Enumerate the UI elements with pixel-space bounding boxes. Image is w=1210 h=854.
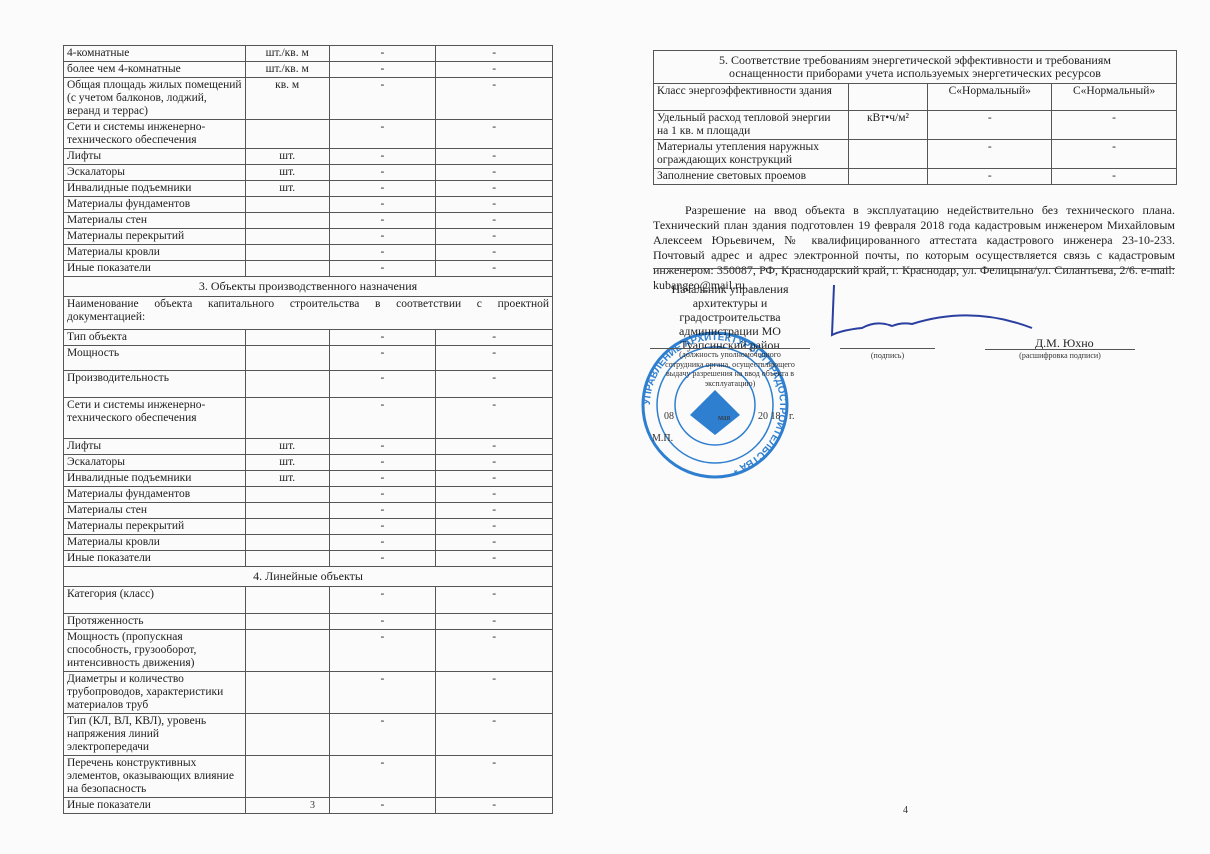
cell-v2: - [436, 455, 553, 471]
table-row: Лифтышт.-- [64, 149, 553, 165]
table-row: Иные показатели-- [64, 798, 553, 814]
cell-unit [245, 714, 329, 756]
cell-unit: кв. м [245, 78, 329, 120]
table-row: Эскалаторышт.-- [64, 165, 553, 181]
table-row: более чем 4-комнатныешт./кв. м-- [64, 62, 553, 78]
cell-v2: - [436, 213, 553, 229]
table-row: Материалы перекрытий-- [64, 229, 553, 245]
section-4-title: 4. Линейные объекты [64, 567, 553, 587]
table-row: Материалы кровли-- [64, 535, 553, 551]
cell-unit [245, 330, 329, 346]
cell-unit [245, 197, 329, 213]
cell-v2: - [436, 120, 553, 149]
cell-name: Тип объекта [64, 330, 246, 346]
cell-v2: - [436, 78, 553, 120]
cell-v1: - [329, 213, 436, 229]
energy-efficiency-table: 5. Соответствие требованиям энергетическ… [653, 50, 1177, 185]
cell-unit: шт. [245, 181, 329, 197]
cell-v2: - [436, 346, 553, 371]
cell-v2: - [436, 181, 553, 197]
cell-v1: - [928, 111, 1052, 140]
cell-unit [245, 630, 329, 672]
cell-name: Материалы стен [64, 213, 246, 229]
table-row: Сети и системы инженерно-технического об… [64, 120, 553, 149]
cell-name: Общая площадь жилых помещений (с учетом … [64, 78, 246, 120]
cell-v1: - [329, 714, 436, 756]
cell-v1: - [329, 756, 436, 798]
cell-unit [245, 213, 329, 229]
cell-name: Мощность [64, 346, 246, 371]
table-row: Протяженность-- [64, 614, 553, 630]
table-row: Сети и системы инженерно-технического об… [64, 398, 553, 439]
cell-name: Иные показатели [64, 551, 246, 567]
table-row: Общая площадь жилых помещений (с учетом … [64, 78, 553, 120]
cell-v2: - [436, 439, 553, 455]
cell-v1: - [329, 245, 436, 261]
cell-unit [245, 672, 329, 714]
cell-name: Диаметры и количество трубопроводов, хар… [64, 672, 246, 714]
cell-v1: - [329, 229, 436, 245]
cell-unit [245, 346, 329, 371]
cell-v1: - [329, 46, 436, 62]
cell-unit [245, 614, 329, 630]
cell-name: Иные показатели [64, 798, 246, 814]
table-row: Материалы стен-- [64, 213, 553, 229]
cell-name: Материалы фундаментов [64, 197, 246, 213]
cell-v1: - [329, 587, 436, 614]
signature-caption: (подпись) [840, 351, 935, 361]
section-5-title: 5. Соответствие требованиям энергетическ… [654, 51, 1177, 84]
table-row: Лифтышт.-- [64, 439, 553, 455]
cell-v1: - [329, 614, 436, 630]
date-suffix: г. [789, 412, 794, 422]
cell-v1: - [329, 62, 436, 78]
cell-v1: - [329, 149, 436, 165]
section-3-name-label: Наименование объекта капитального строит… [64, 297, 553, 330]
page-3: 4-комнатныешт./кв. м--более чем 4-комнат… [0, 0, 605, 854]
cell-v1: - [329, 197, 436, 213]
cell-name: Инвалидные подъемники [64, 471, 246, 487]
cell-unit [245, 535, 329, 551]
cell-name: Лифты [64, 439, 246, 455]
cell-v2: - [1052, 111, 1177, 140]
date-day: 08 [664, 412, 674, 422]
cell-unit [245, 756, 329, 798]
cell-unit [245, 503, 329, 519]
table-row: Материалы утепления наружных ограждающих… [654, 140, 1177, 169]
page-number: 4 [903, 805, 908, 816]
table-row: Эскалаторышт.-- [64, 455, 553, 471]
cell-unit: шт./кв. м [245, 46, 329, 62]
cell-name: Сети и системы инженерно-технического об… [64, 398, 246, 439]
cell-v2: - [436, 245, 553, 261]
table-row: Материалы кровли-- [64, 245, 553, 261]
cell-v2: - [436, 519, 553, 535]
cell-v2: - [436, 714, 553, 756]
cell-v1: - [329, 487, 436, 503]
cell-v2: - [436, 756, 553, 798]
cell-v2: С«Нормальный» [1052, 84, 1177, 111]
cell-name: Иные показатели [64, 261, 246, 277]
page-number: 3 [310, 800, 315, 811]
cell-name: Материалы утепления наружных ограждающих… [654, 140, 849, 169]
cell-v2: - [436, 62, 553, 78]
cell-v2: - [1052, 169, 1177, 185]
cell-v1: - [329, 519, 436, 535]
cell-v1: - [329, 261, 436, 277]
table-row: 4-комнатныешт./кв. м-- [64, 46, 553, 62]
cell-unit [245, 120, 329, 149]
characteristics-table: 4-комнатныешт./кв. м--более чем 4-комнат… [63, 45, 553, 814]
table-row: Материалы стен-- [64, 503, 553, 519]
cell-name: Инвалидные подъемники [64, 181, 246, 197]
cell-unit [848, 169, 928, 185]
cell-v2: - [436, 503, 553, 519]
table-row: Инвалидные подъемникишт.-- [64, 471, 553, 487]
signature-icon [822, 280, 1042, 350]
table-row: Класс энергоэффективности зданияС«Нормал… [654, 84, 1177, 111]
cell-name: Мощность (пропускная способность, грузоо… [64, 630, 246, 672]
cell-name: Материалы стен [64, 503, 246, 519]
table-row: Материалы фундаментов-- [64, 197, 553, 213]
table-row: Мощность-- [64, 346, 553, 371]
cell-unit: шт. [245, 165, 329, 181]
table-row: Перечень конструктивных элементов, оказы… [64, 756, 553, 798]
cell-name: Перечень конструктивных элементов, оказы… [64, 756, 246, 798]
table-row: Удельный расход тепловой энергии на 1 кв… [654, 111, 1177, 140]
cell-v1: - [329, 120, 436, 149]
cell-v1: С«Нормальный» [928, 84, 1052, 111]
cell-unit [245, 229, 329, 245]
date-month: мая [718, 413, 730, 423]
cell-v2: - [436, 487, 553, 503]
cell-v1: - [329, 330, 436, 346]
cell-v1: - [329, 165, 436, 181]
cell-v1: - [329, 535, 436, 551]
cell-unit [848, 140, 928, 169]
cell-v2: - [436, 798, 553, 814]
cell-unit [245, 261, 329, 277]
position-line [650, 348, 810, 349]
cell-v2: - [436, 587, 553, 614]
cell-unit [245, 371, 329, 398]
table-row: Диаметры и количество трубопроводов, хар… [64, 672, 553, 714]
cell-unit: шт. [245, 149, 329, 165]
cell-unit: шт./кв. м [245, 62, 329, 78]
cell-unit: шт. [245, 439, 329, 455]
cell-unit [245, 487, 329, 503]
cell-v2: - [436, 672, 553, 714]
cell-v2: - [436, 149, 553, 165]
cell-name: Заполнение световых проемов [654, 169, 849, 185]
official-position: Начальник управления архитектуры и градо… [650, 282, 810, 352]
cell-name: Материалы кровли [64, 245, 246, 261]
cell-name: Тип (КЛ, ВЛ, КВЛ), уровень напряжения ли… [64, 714, 246, 756]
table-row: Категория (класс)-- [64, 587, 553, 614]
cell-unit: кВт•ч/м² [848, 111, 928, 140]
cell-v1: - [329, 471, 436, 487]
cell-v1: - [329, 346, 436, 371]
cell-v1: - [329, 503, 436, 519]
stamp-place: М.П. [652, 434, 673, 444]
cell-name: Материалы кровли [64, 535, 246, 551]
cell-v2: - [436, 371, 553, 398]
cell-v2: - [436, 165, 553, 181]
cell-v2: - [436, 197, 553, 213]
cell-v2: - [436, 551, 553, 567]
cell-v2: - [1052, 140, 1177, 169]
position-caption: (должность уполномоченного сотрудника ор… [660, 350, 800, 388]
cell-v1: - [329, 455, 436, 471]
cell-unit [245, 519, 329, 535]
cell-v2: - [436, 46, 553, 62]
cell-v2: - [436, 535, 553, 551]
table-row: Иные показатели-- [64, 551, 553, 567]
cell-v1: - [329, 371, 436, 398]
cell-v1: - [329, 439, 436, 455]
cell-unit [245, 245, 329, 261]
table-row: Мощность (пропускная способность, грузоо… [64, 630, 553, 672]
cell-unit [245, 551, 329, 567]
cell-name: 4-комнатные [64, 46, 246, 62]
cell-v1: - [329, 551, 436, 567]
cell-name: Протяженность [64, 614, 246, 630]
cell-name: Сети и системы инженерно-технического об… [64, 120, 246, 149]
cell-name: Лифты [64, 149, 246, 165]
cell-unit: шт. [245, 455, 329, 471]
cell-name: Эскалаторы [64, 455, 246, 471]
table-row: Инвалидные подъемникишт.-- [64, 181, 553, 197]
cell-v2: - [436, 398, 553, 439]
cell-name: Материалы фундаментов [64, 487, 246, 503]
name-caption: (расшифровка подписи) [985, 351, 1135, 361]
date-year: 20 18 [758, 412, 781, 422]
cell-name: более чем 4-комнатные [64, 62, 246, 78]
cell-name: Удельный расход тепловой энергии на 1 кв… [654, 111, 849, 140]
cell-unit [245, 398, 329, 439]
cell-name: Материалы перекрытий [64, 229, 246, 245]
cell-name: Производительность [64, 371, 246, 398]
cell-unit [245, 587, 329, 614]
cell-name: Класс энергоэффективности здания [654, 84, 849, 111]
table-row: Материалы перекрытий-- [64, 519, 553, 535]
table-row: Тип (КЛ, ВЛ, КВЛ), уровень напряжения ли… [64, 714, 553, 756]
cell-v1: - [329, 181, 436, 197]
cell-unit [848, 84, 928, 111]
cell-name: Эскалаторы [64, 165, 246, 181]
table-row: Производительность-- [64, 371, 553, 398]
cell-v2: - [436, 614, 553, 630]
section-3-title: 3. Объекты производственного назначения [64, 277, 553, 297]
name-line [985, 349, 1135, 350]
cell-v2: - [436, 471, 553, 487]
cell-v2: - [436, 330, 553, 346]
table-row: Иные показатели-- [64, 261, 553, 277]
table-row: Заполнение световых проемов-- [654, 169, 1177, 185]
table-row: Материалы фундаментов-- [64, 487, 553, 503]
cell-unit [245, 798, 329, 814]
cell-v1: - [928, 169, 1052, 185]
cell-v2: - [436, 630, 553, 672]
cell-unit: шт. [245, 471, 329, 487]
cell-name: Категория (класс) [64, 587, 246, 614]
cell-v2: - [436, 229, 553, 245]
cell-v1: - [329, 78, 436, 120]
signature-line [840, 348, 935, 349]
cell-v1: - [329, 398, 436, 439]
cell-v1: - [329, 672, 436, 714]
divider [653, 268, 1175, 269]
cell-v1: - [928, 140, 1052, 169]
cell-v1: - [329, 798, 436, 814]
cell-v2: - [436, 261, 553, 277]
table-row: Тип объекта-- [64, 330, 553, 346]
cell-v1: - [329, 630, 436, 672]
cell-name: Материалы перекрытий [64, 519, 246, 535]
